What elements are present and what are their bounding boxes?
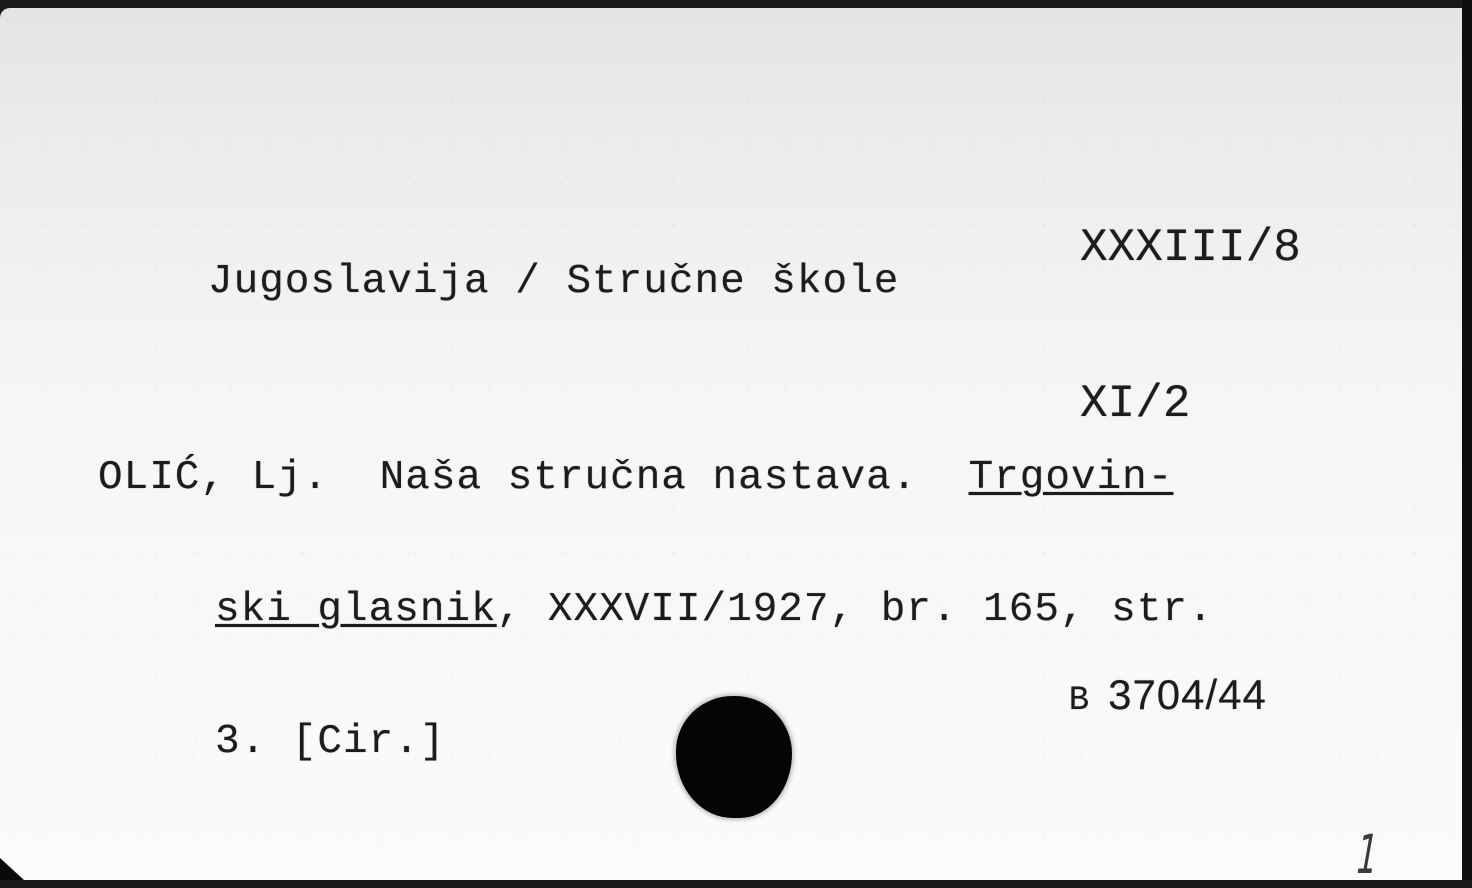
subject-heading: Jugoslavija / Stručne škole bbox=[208, 258, 899, 306]
catalog-card: XXXIII/8 XI/2 Jugoslavija / Stručne škol… bbox=[0, 8, 1462, 880]
punch-hole bbox=[676, 696, 792, 818]
entry-line-1: OLIĆ, Lj. Naša stručna nastava. Trgovin- bbox=[98, 456, 1214, 500]
card-right-edge bbox=[1462, 0, 1472, 888]
handwritten-mark: 1 bbox=[1351, 823, 1383, 880]
bibliographic-entry: OLIĆ, Lj. Naša stručna nastava. Trgovin-… bbox=[98, 368, 1214, 852]
accession-value: 3704/44 bbox=[1108, 671, 1267, 718]
author: OLIĆ, Lj. bbox=[98, 455, 328, 501]
journal-title-part-2: ski glasnik bbox=[215, 587, 497, 633]
card-bottom-edge bbox=[0, 880, 1472, 888]
call-number-line-1: XXXIII/8 bbox=[1080, 222, 1301, 274]
accession-number: B3704/44 bbox=[1018, 620, 1267, 776]
accession-prefix: B bbox=[1069, 682, 1090, 720]
corner-fold bbox=[0, 858, 24, 880]
article-title: Naša stručna nastava. bbox=[380, 455, 918, 501]
journal-title-part-1: Trgovin- bbox=[969, 455, 1174, 501]
